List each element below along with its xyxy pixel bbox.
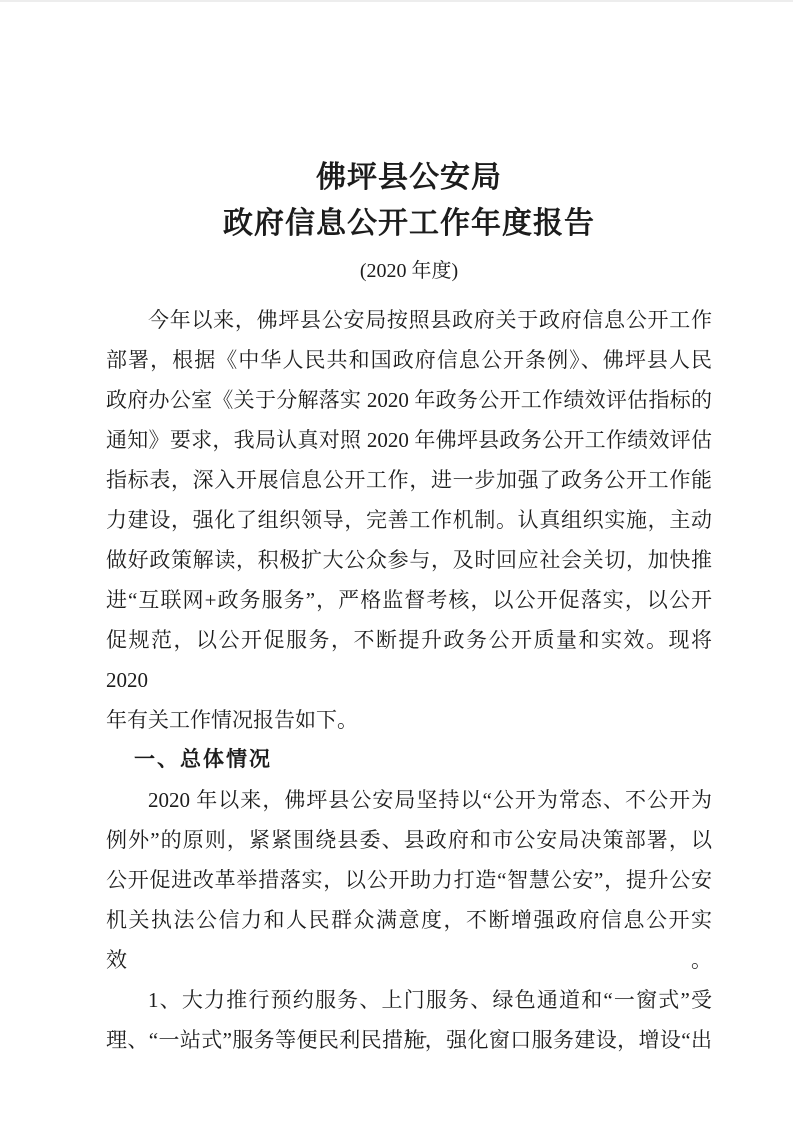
document-content: 佛坪县公安局 政府信息公开工作年度报告 (2020 年度) 今年以来，佛坪县公安… [0,0,793,1060]
paragraph-line: 机关执法公信力和人民群众满意度，不断增强政府信息公开实效。 [106,900,712,980]
paragraph-line: 通知》要求，我局认真对照 2020 年佛坪县政务公开工作绩效评估 [106,420,712,460]
paragraph-line: 政府办公室《关于分解落实 2020 年政务公开工作绩效评估指标的 [106,380,712,420]
paragraph-line: 今年以来，佛坪县公安局按照县政府关于政府信息公开工作 [106,300,712,340]
paragraph-line: 年有关工作情况报告如下。 [106,700,712,740]
paragraph-line: 指标表，深入开展信息公开工作，进一步加强了政务公开工作能 [106,460,712,500]
paragraph-line: 力建设，强化了组织领导，完善工作机制。认真组织实施，主动 [106,500,712,540]
page-number: - 1 - [106,1022,712,1048]
paragraph-line: 进“互联网+政务服务”，严格监督考核，以公开促落实，以公开 [106,580,712,620]
doc-subtitle-year: (2020 年度) [106,251,712,291]
paragraph-3: 1、大力推行预约服务、上门服务、绿色通道和“一窗式”受 理、“一站式”服务等便民… [106,980,712,1060]
paragraph-line: 1、大力推行预约服务、上门服务、绿色通道和“一窗式”受 [106,980,712,1020]
paragraph-line: 例外”的原则，紧紧围绕县委、县政府和市公安局决策部署，以 [106,820,712,860]
doc-title-line-1: 佛坪县公安局 [106,155,712,201]
paragraph-1: 今年以来，佛坪县公安局按照县政府关于政府信息公开工作 部署，根据《中华人民共和国… [106,300,712,740]
doc-title-line-2: 政府信息公开工作年度报告 [106,201,712,247]
paragraph-line: 做好政策解读，积极扩大公众参与，及时回应社会关切，加快推 [106,540,712,580]
paragraph-line: 部署，根据《中华人民共和国政府信息公开条例》、佛坪县人民 [106,340,712,380]
section-heading-1: 一、总体情况 [106,740,712,780]
paragraph-line: 公开促进改革举措落实，以公开助力打造“智慧公安”，提升公安 [106,860,712,900]
title-block: 佛坪县公安局 政府信息公开工作年度报告 (2020 年度) [106,0,712,291]
paragraph-line: 促规范，以公开促服务，不断提升政务公开质量和实效。现将 2020 [106,620,712,700]
paragraph-line: 2020 年以来，佛坪县公安局坚持以“公开为常态、不公开为 [106,780,712,820]
paragraph-2: 2020 年以来，佛坪县公安局坚持以“公开为常态、不公开为 例外”的原则，紧紧围… [106,780,712,980]
document-page: 佛坪县公安局 政府信息公开工作年度报告 (2020 年度) 今年以来，佛坪县公安… [0,0,793,1122]
